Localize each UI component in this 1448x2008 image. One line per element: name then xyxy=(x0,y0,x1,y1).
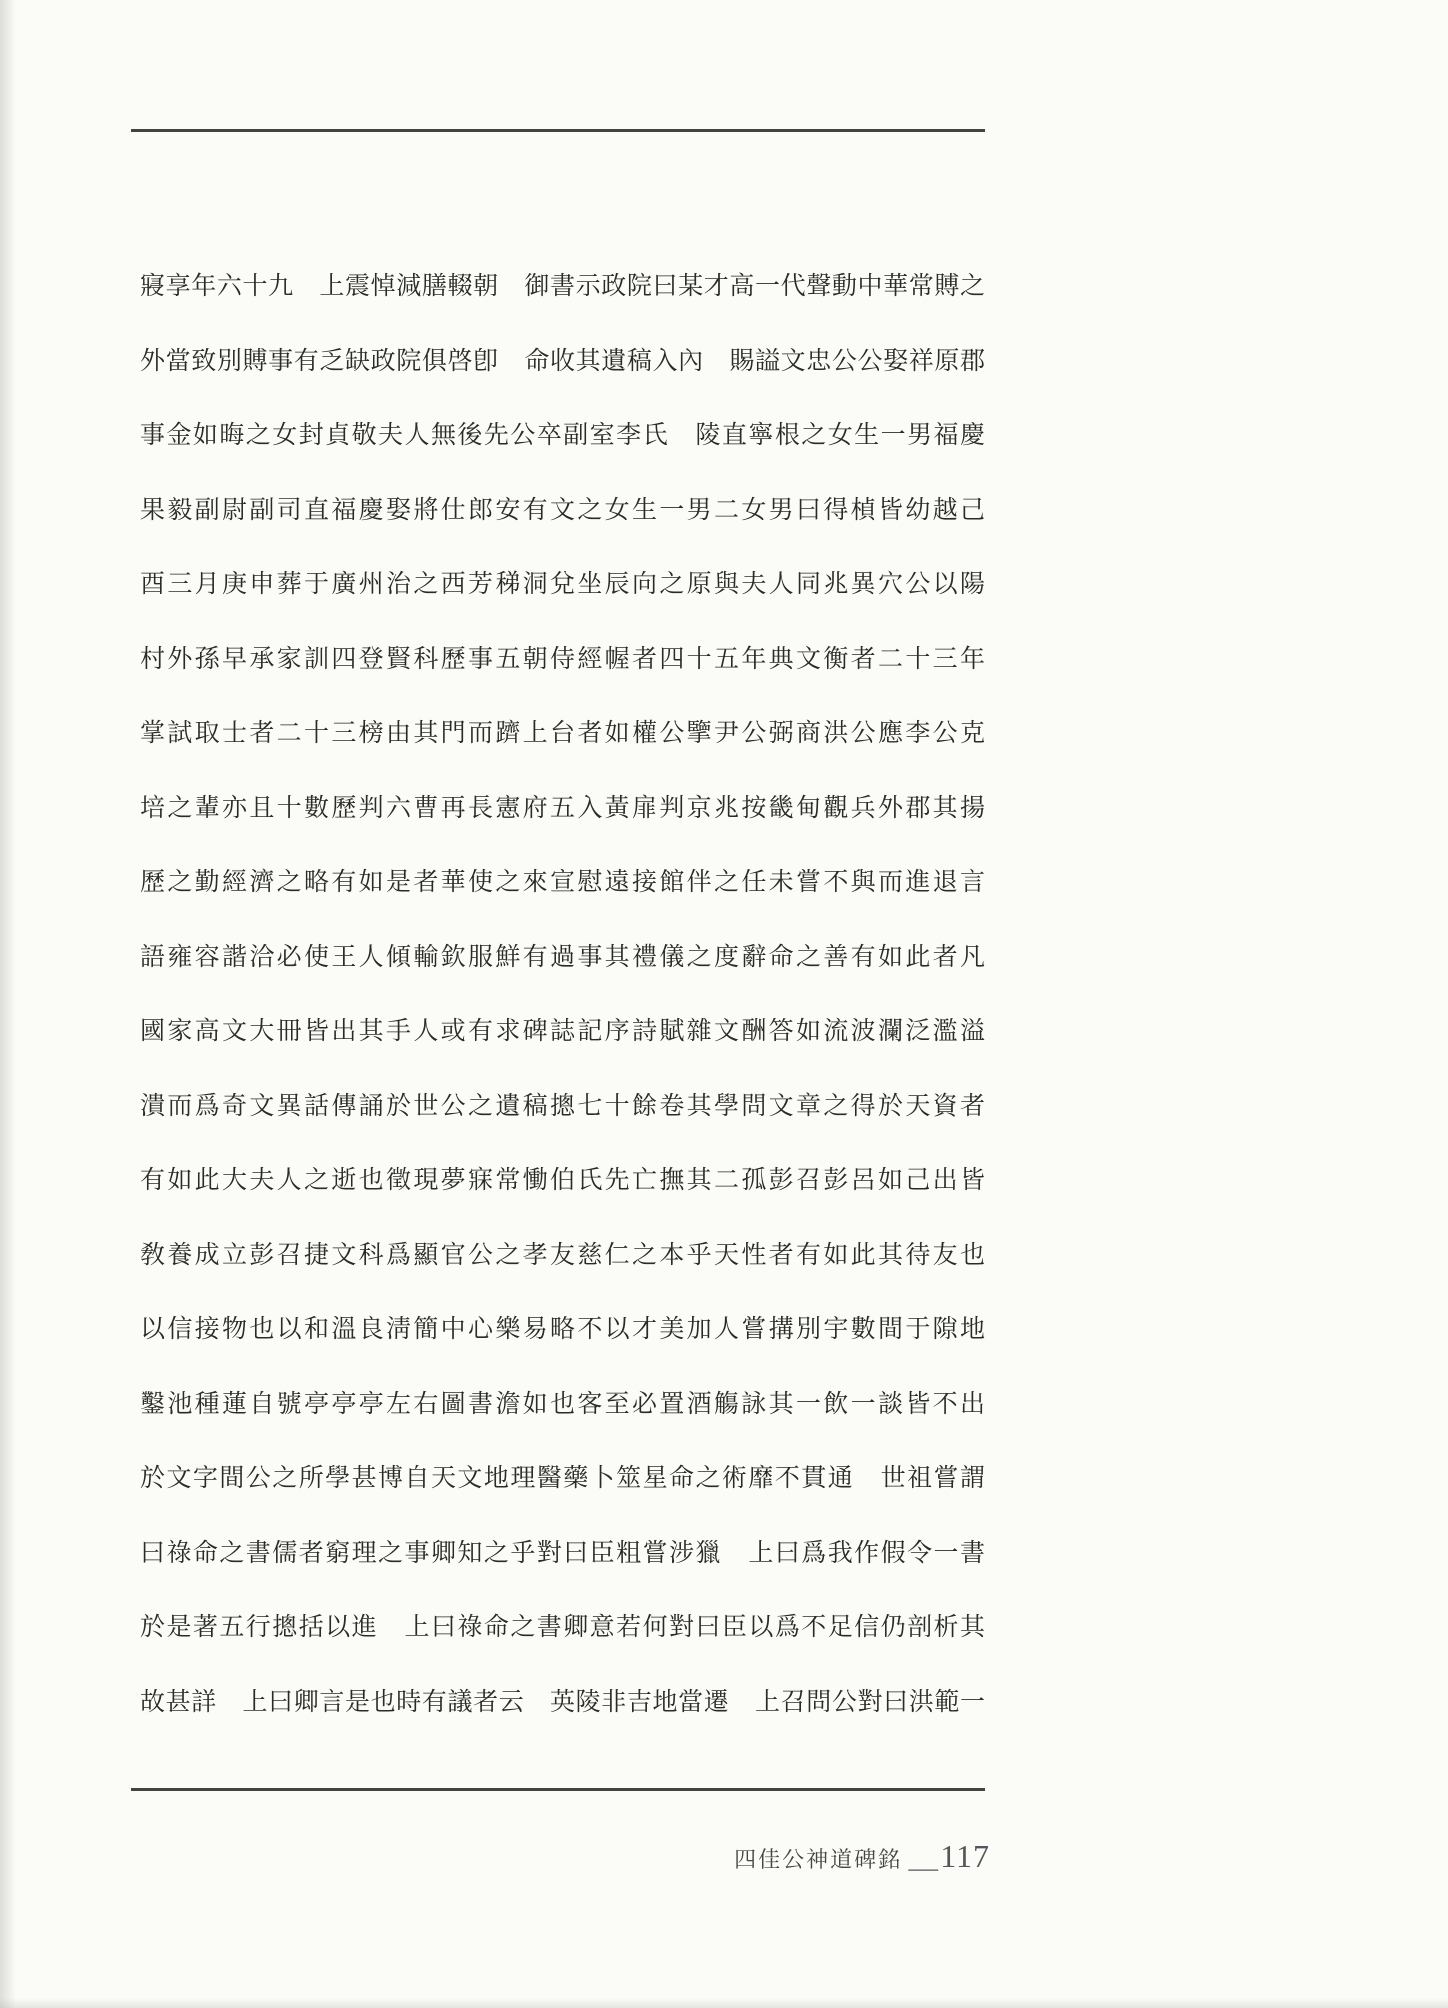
body-text: 寢享年六十九 上震悼減膳輟朝 御書示政院曰某才高一代聲動中華常賻之外當致別賻事有… xyxy=(140,250,985,1740)
text-line: 於是著五行摠括以進 上曰祿命之書卿意若何對曰臣以爲不足信仍剖析其 xyxy=(140,1591,985,1666)
text-line: 掌試取士者二十三榜由其門而躋上台者如權公擥尹公弼商洪公應李公克 xyxy=(140,697,985,772)
scan-edge-left xyxy=(0,0,16,2008)
scanned-book-page: 寢享年六十九 上震悼減膳輟朝 御書示政院曰某才高一代聲動中華常賻之外當致別賻事有… xyxy=(0,0,1448,2008)
bottom-rule xyxy=(131,1788,985,1791)
text-line: 語雍容諧洽必使王人傾輸欽服鮮有過事其禮儀之度辭命之善有如此者凡 xyxy=(140,921,985,996)
footer: 四佳公神道碑銘 ＿ 117 xyxy=(734,1832,990,1876)
text-line: 鑿池種蓮自號亭亭亭左右圖書澹如也客至必置酒觴詠其一飲一談皆不出 xyxy=(140,1368,985,1443)
scan-edge-bottom xyxy=(0,1998,1448,2008)
text-line: 外當致別賻事有乏缺政院俱啓卽 命收其遺稿入內 賜謚文忠公公娶祥原郡 xyxy=(140,325,985,400)
top-rule xyxy=(131,129,985,132)
text-line: 於文字間公之所學甚博自天文地理醫藥卜筮星命之術靡不貫通 世祖嘗謂 xyxy=(140,1442,985,1517)
text-line: 有如此大夫人之逝也徵現夢寐常慟伯氏先亡撫其二孤彭召彭呂如己出皆 xyxy=(140,1144,985,1219)
text-line: 敎養成立彭召捷文科爲顯官公之孝友慈仁之本乎天性者有如此其待友也 xyxy=(140,1219,985,1294)
text-line: 果毅副尉副司直福慶娶將仕郎安有文之女生一男二女男曰得楨皆幼越己 xyxy=(140,474,985,549)
text-line: 事金如晦之女封貞敬夫人無後先公卒副室李氏 陵直寧根之女生一男福慶 xyxy=(140,399,985,474)
text-line: 村外孫早承家訓四登賢科歷事五朝侍經幄者四十五年典文衡者二十三年 xyxy=(140,623,985,698)
text-line: 故甚詳 上曰卿言是也時有議者云 英陵非吉地當遷 上召問公對曰洪範一 xyxy=(140,1666,985,1741)
footer-separator: ＿ xyxy=(908,1832,938,1876)
text-line: 培之輩亦且十數歷判六曹再長憲府五入黃扉判京兆按畿甸觀兵外郡其揚 xyxy=(140,772,985,847)
text-line: 酉三月庚申葬于廣州治之西芳稊洞兌坐辰向之原與夫人同兆異穴公以陽 xyxy=(140,548,985,623)
footer-page-number: 117 xyxy=(940,1838,990,1875)
text-line: 國家高文大冊皆出其手人或有求碑誌記序詩賦雜文酬答如流波瀾泛濫溢 xyxy=(140,995,985,1070)
text-line: 曰祿命之書儒者窮理之事卿知之乎對曰臣粗嘗涉獵 上曰爲我作假令一書 xyxy=(140,1517,985,1592)
text-line: 歷之勤經濟之略有如是者華使之來宣慰遠接館伴之任未嘗不與而進退言 xyxy=(140,846,985,921)
text-line: 寢享年六十九 上震悼減膳輟朝 御書示政院曰某才高一代聲動中華常賻之 xyxy=(140,250,985,325)
text-line: 以信接物也以和溫良淸簡中心樂易略不以才美加人嘗搆別宇數間于隙地 xyxy=(140,1293,985,1368)
footer-title: 四佳公神道碑銘 xyxy=(734,1843,902,1874)
text-line: 潰而爲奇文異話傳誦於世公之遺稿摠七十餘卷其學問文章之得於天資者 xyxy=(140,1070,985,1145)
